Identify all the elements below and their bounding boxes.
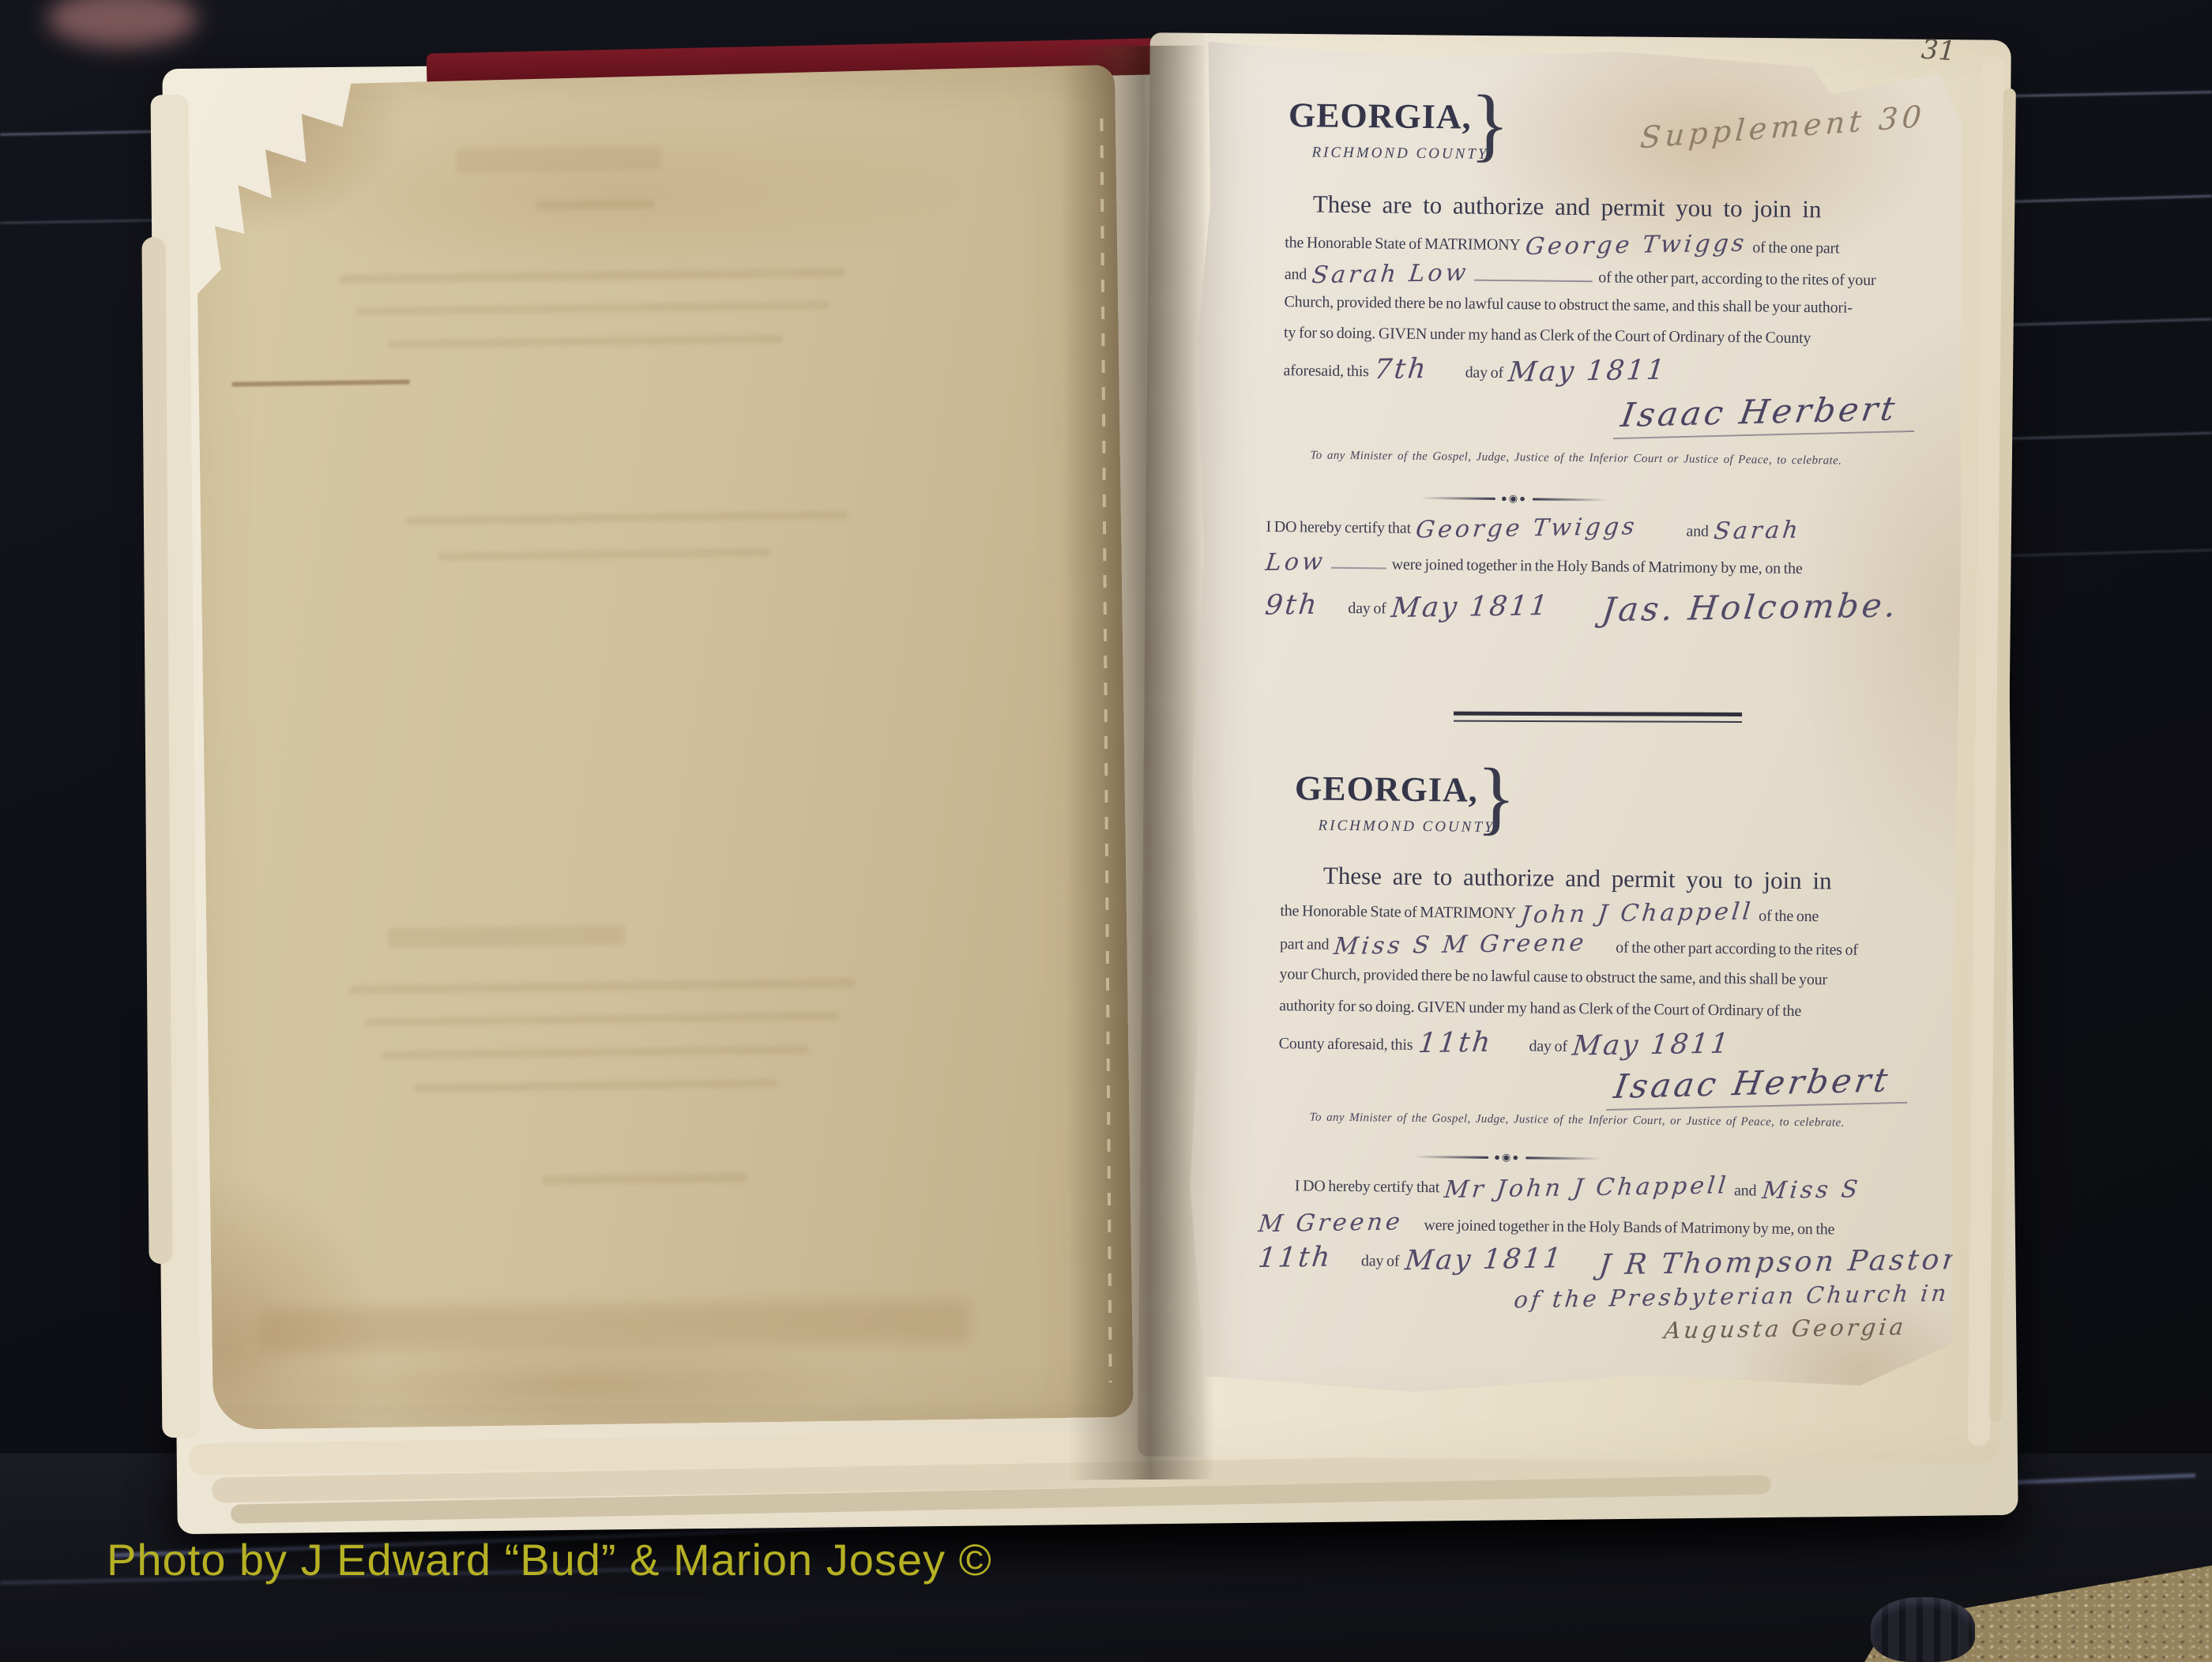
authority-line: ty for so doing. GIVEN under my hand as … bbox=[1284, 324, 1811, 348]
matrimony-line: the Honorable State of MATRIMONYJohn J C… bbox=[1280, 899, 1824, 926]
printed-text: of the other part, according to the rite… bbox=[1598, 269, 1875, 289]
printed-text: were joined together in the Holy Bands o… bbox=[1424, 1216, 1834, 1238]
show-through-text bbox=[456, 146, 661, 173]
matrimony-line: the Honorable State of MATRIMONYGeorge T… bbox=[1285, 231, 1845, 258]
officiant-signature: J R Thompson Pastor bbox=[1598, 1249, 1961, 1277]
printed-text: of the one bbox=[1759, 907, 1819, 925]
bride-name-handwritten: M Greene bbox=[1258, 1213, 1404, 1234]
show-through-text bbox=[438, 548, 770, 561]
show-through-rule bbox=[231, 379, 409, 386]
left-page bbox=[194, 65, 1134, 1430]
date-handwritten: May 1811 bbox=[1507, 359, 1668, 384]
printed-text: and bbox=[1734, 1182, 1757, 1199]
certify-line-3: 9thday ofMay 1811Jas. Holcombe. bbox=[1265, 588, 1903, 623]
authorize-title: These are to authorize and permit you to… bbox=[1313, 190, 1822, 224]
printed-text: day of bbox=[1465, 364, 1504, 382]
date-handwritten: May 1811 bbox=[1390, 595, 1551, 619]
printed-text: and bbox=[1285, 265, 1307, 283]
authorize-title: These are to authorize and permit you to… bbox=[1323, 862, 1832, 896]
printed-text: County aforesaid, this bbox=[1279, 1035, 1413, 1054]
supplement-note: Supplement 30 bbox=[1639, 99, 1927, 155]
church-line: your Church, provided there be no lawful… bbox=[1279, 965, 1827, 989]
printed-text: day of bbox=[1361, 1252, 1400, 1270]
printed-text: the Honorable State of MATRIMONY bbox=[1280, 902, 1516, 922]
georgia-heading: GEORGIA, bbox=[1295, 768, 1478, 810]
ornament-line bbox=[1525, 1156, 1601, 1160]
bride-name-handwritten: Miss S bbox=[1761, 1180, 1861, 1201]
certify-line-2: M Greenewere joined together in the Holy… bbox=[1258, 1212, 1840, 1239]
show-through-text bbox=[355, 301, 829, 315]
blank-underline bbox=[1331, 556, 1386, 570]
officiant-line-2: of the Presbyterian Church in bbox=[1514, 1284, 1954, 1310]
show-through-text bbox=[382, 1045, 808, 1059]
minister-instruction: To any Minister of the Gospel, Judge, Ju… bbox=[1310, 449, 1841, 468]
officiant-line-3: Augusta Georgia bbox=[1665, 1317, 1912, 1341]
ornament-dots: ●◉● bbox=[1501, 492, 1527, 505]
officiant-signature: Jas. Holcombe. bbox=[1601, 592, 1900, 622]
photo-of-marriage-record-book: GEORGIA, } RICHMOND COUNTY. Supplement 3… bbox=[0, 0, 2212, 1662]
groom-name-handwritten: John J Chappell bbox=[1520, 903, 1755, 926]
bride-name-handwritten: Low bbox=[1265, 553, 1326, 573]
groom-name-handwritten: George Twiggs bbox=[1525, 235, 1748, 257]
printed-text: I DO hereby certify that bbox=[1295, 1177, 1440, 1196]
certificate-sheet: GEORGIA, } RICHMOND COUNTY. Supplement 3… bbox=[1182, 42, 1966, 1397]
show-through-text bbox=[388, 925, 625, 949]
show-through-text bbox=[406, 511, 848, 525]
page-stain bbox=[259, 1299, 971, 1353]
groom-name-handwritten: George Twiggs bbox=[1415, 517, 1638, 540]
printed-text: I DO hereby certify that bbox=[1266, 518, 1411, 537]
printed-text: of the other part according to the rites… bbox=[1616, 939, 1858, 959]
certify-line-3: 11thday ofMay 1811J R Thompson Pastor bbox=[1258, 1245, 1965, 1277]
date-line: County aforesaid, this11thday ofMay 1811 bbox=[1279, 1028, 1736, 1058]
clerk-signature: Isaac Herbert bbox=[1612, 389, 1920, 439]
date-handwritten: May 1811 bbox=[1404, 1247, 1564, 1272]
parties-line: part andMiss S M Greeneof the other part… bbox=[1280, 932, 1864, 960]
watermark-text: Photo by J Edward “Bud” & Marion Josey © bbox=[107, 1534, 992, 1585]
show-through-text bbox=[542, 1173, 747, 1186]
officiant-handwritten: Augusta Georgia bbox=[1663, 1318, 1907, 1340]
show-through-text bbox=[340, 268, 845, 284]
ornament-divider: ●◉● bbox=[1413, 1150, 1601, 1164]
printed-text: aforesaid, this bbox=[1283, 362, 1368, 380]
printed-text: day of bbox=[1529, 1037, 1567, 1055]
foreground-blur-object bbox=[47, 0, 197, 47]
show-through-text bbox=[388, 335, 783, 348]
groom-name-handwritten: Mr John J Chappell bbox=[1443, 1176, 1730, 1200]
clerk-signature: Isaac Herbert bbox=[1606, 1060, 1914, 1111]
day-handwritten: 9th bbox=[1264, 594, 1320, 617]
authority-line: authority for so doing. GIVEN under my h… bbox=[1279, 997, 1801, 1021]
book-gutter-shadow bbox=[1061, 46, 1215, 1480]
show-through-text bbox=[414, 1079, 777, 1092]
day-handwritten: 11th bbox=[1257, 1246, 1333, 1269]
church-line: Church, provided there be no lawful caus… bbox=[1284, 293, 1852, 318]
bride-name-handwritten: Miss S M Greene bbox=[1334, 934, 1588, 957]
ornament-line bbox=[1413, 1155, 1488, 1158]
parties-line: andSarah Lowof the other part, according… bbox=[1285, 262, 1882, 290]
printed-text: the Honorable State of MATRIMONY bbox=[1285, 234, 1521, 254]
ornament-dots: ●◉● bbox=[1494, 1151, 1520, 1164]
printed-text: were joined together in the Holy Bands o… bbox=[1392, 556, 1803, 577]
printed-text: part and bbox=[1280, 935, 1330, 953]
section-divider bbox=[1454, 712, 1742, 723]
georgia-heading: GEORGIA, bbox=[1288, 95, 1472, 137]
date-handwritten: May 1811 bbox=[1571, 1033, 1732, 1058]
bride-name-handwritten: Sarah bbox=[1713, 521, 1802, 542]
caster-wheel bbox=[1871, 1597, 1975, 1662]
show-through-text bbox=[536, 199, 654, 210]
printed-text: day of bbox=[1348, 600, 1386, 618]
page-number: 31 bbox=[1920, 34, 1957, 68]
county-heading: RICHMOND COUNTY. bbox=[1311, 144, 1493, 163]
date-line: aforesaid, this7thday ofMay 1811 bbox=[1283, 355, 1672, 384]
day-handwritten: 11th bbox=[1417, 1032, 1493, 1055]
certify-line-1: I DO hereby certify thatGeorge Twiggsand… bbox=[1266, 515, 1807, 542]
printed-text: and bbox=[1686, 522, 1709, 540]
show-through-text bbox=[366, 1012, 840, 1026]
bride-name-handwritten: Sarah Low bbox=[1311, 264, 1470, 285]
county-heading: RICHMOND COUNTY. bbox=[1318, 818, 1499, 837]
minister-instruction: To any Minister of the Gospel, Judge, Ju… bbox=[1310, 1111, 1845, 1130]
blank-underline bbox=[1474, 269, 1593, 283]
printed-text: of the one part bbox=[1752, 239, 1839, 257]
ornament-line bbox=[1420, 496, 1495, 499]
ornament-divider: ●◉● bbox=[1420, 491, 1608, 506]
certify-line-1: I DO hereby certify thatMr John J Chappe… bbox=[1295, 1174, 1866, 1201]
certify-line-2: Lowwere joined together in the Holy Band… bbox=[1266, 551, 1808, 578]
ornament-line bbox=[1533, 498, 1608, 501]
show-through-text bbox=[349, 979, 855, 995]
day-handwritten: 7th bbox=[1373, 358, 1429, 381]
officiant-handwritten: of the Presbyterian Church in bbox=[1513, 1284, 1950, 1310]
